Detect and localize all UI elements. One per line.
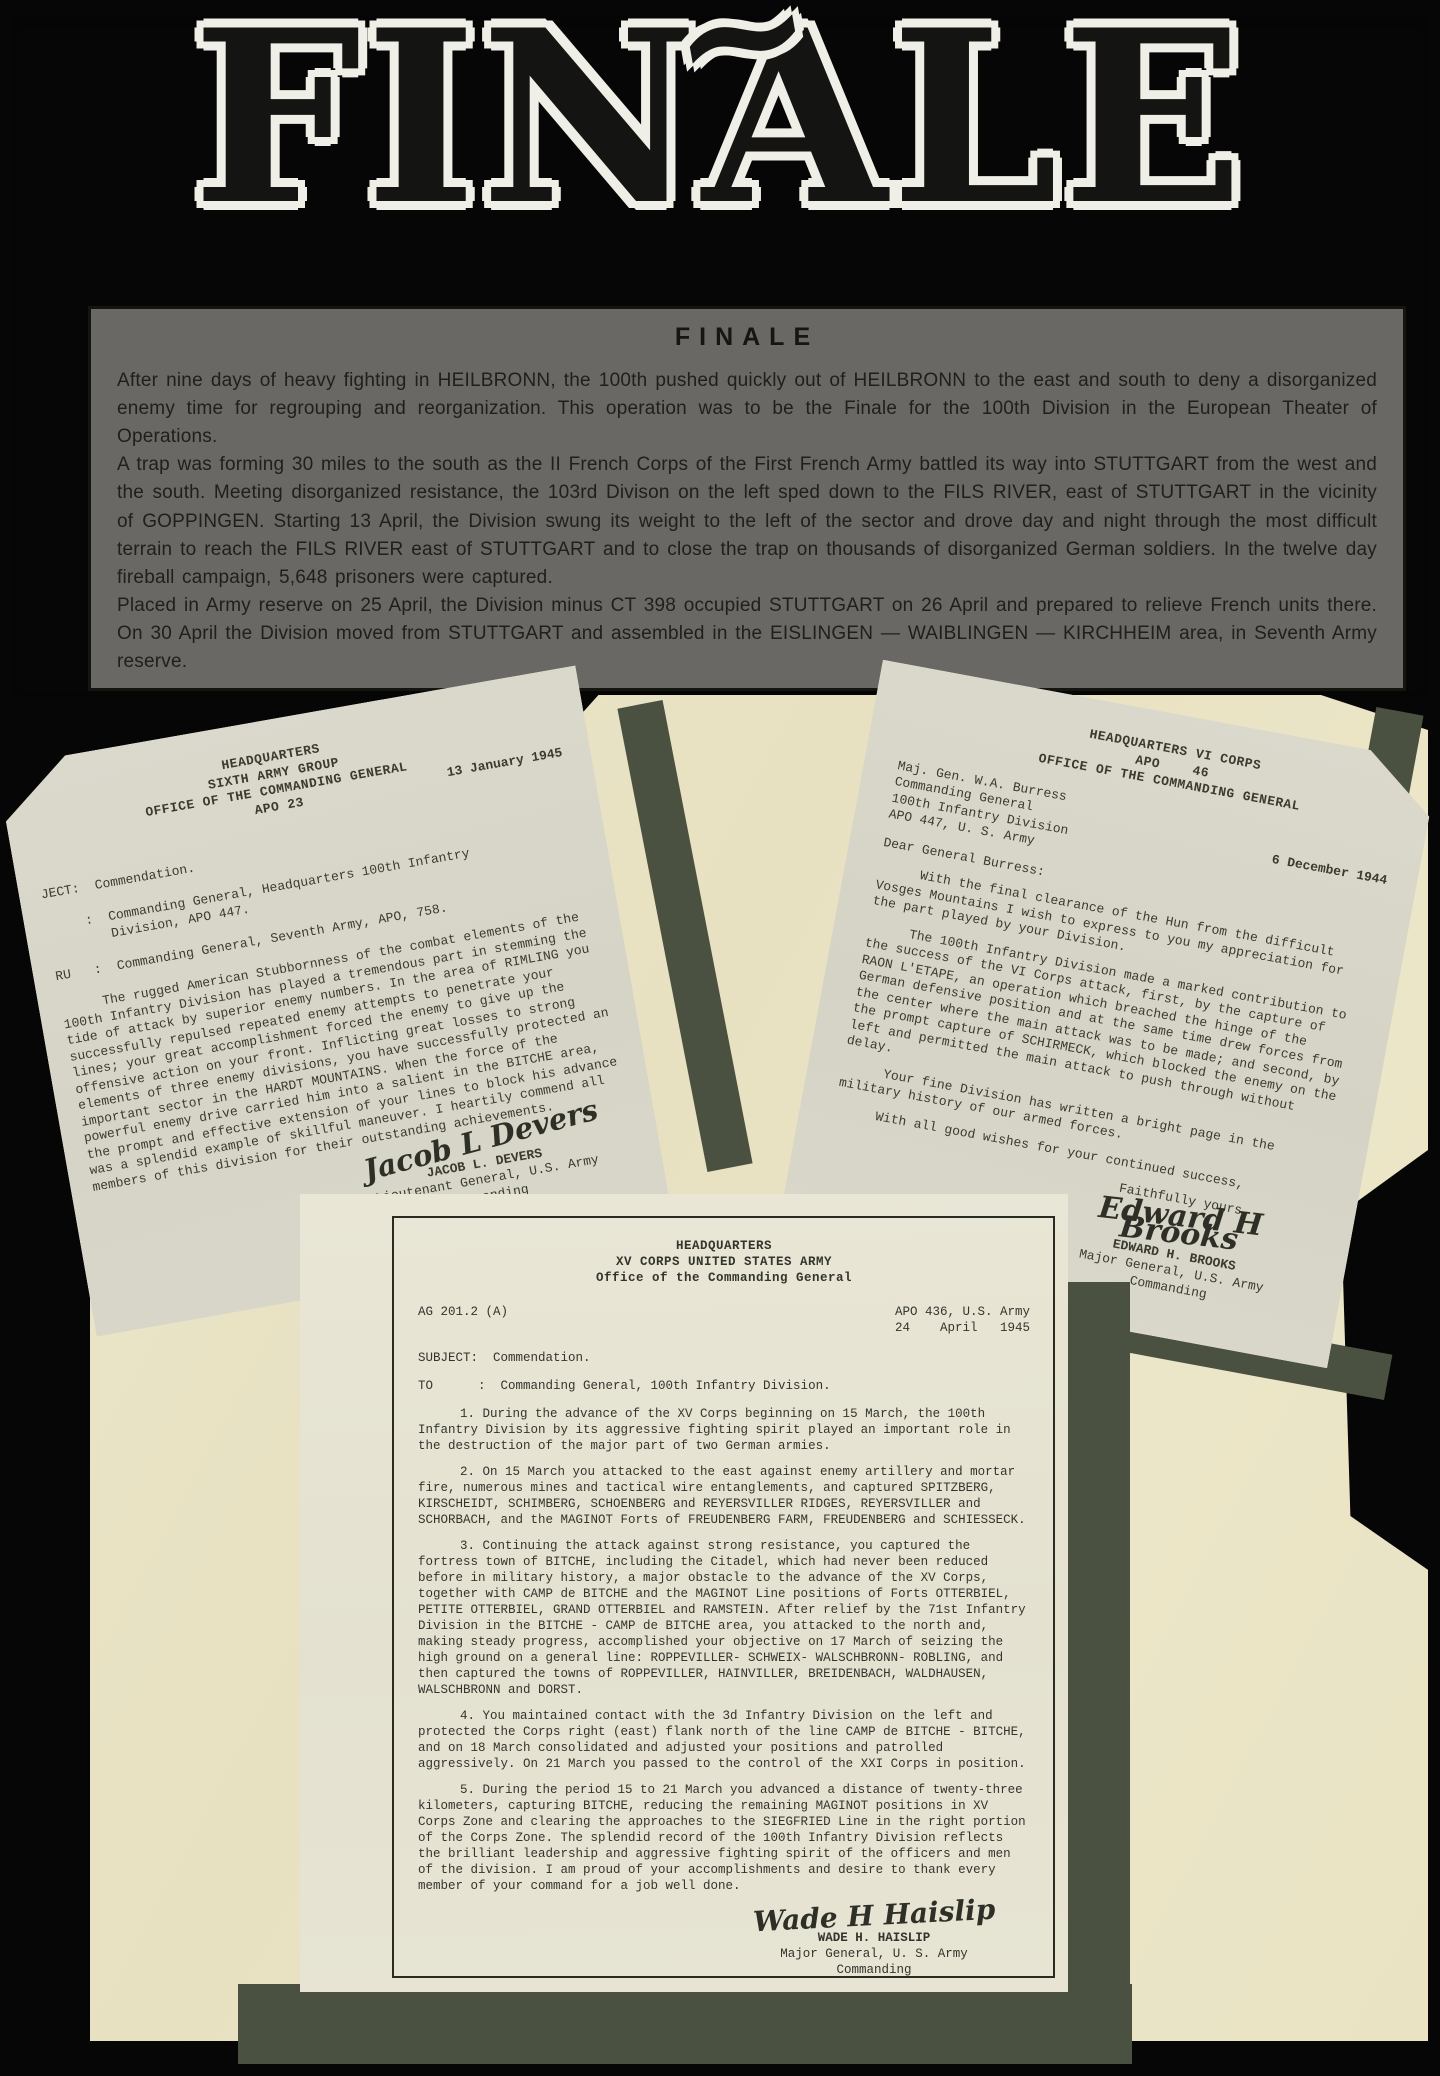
article-paragraph: A trap was forming 30 miles to the south… [117,451,1377,592]
page-content: HEADQUARTERS XV CORPS UNITED STATES ARMY… [418,1238,1030,1970]
signature-block: Wade H Haislip WADE H. HAISLIP Major Gen… [418,1908,1030,1978]
letter-xv-corps: HEADQUARTERS XV CORPS UNITED STATES ARMY… [300,1194,1068,1992]
masthead: FINALE ~ [14,0,1426,238]
scrapbook-page: FINALE ~ FINALE After nine days of heavy… [0,0,1440,2076]
letter-paragraph: 4. You maintained contact with the 3d In… [418,1708,1030,1772]
letter-paragraph: 5. During the period 15 to 21 March you … [418,1782,1030,1894]
letterhead-line: XV CORPS UNITED STATES ARMY [418,1254,1030,1270]
signature-title: Major General, U. S. Army [718,1946,1030,1962]
apo-date-block: APO 436, U.S. Army 24 April 1945 [895,1304,1030,1336]
centre-page-bottom-shadow [238,1984,1132,2064]
letter-date: 6 December 1944 [1266,851,1389,914]
letterhead-line: HEADQUARTERS [418,1238,1030,1254]
tilde-ornament: ~ [657,0,831,129]
letterhead: HEADQUARTERS XV CORPS UNITED STATES ARMY… [418,1238,1030,1286]
article-paragraph: After nine days of heavy fighting in HEI… [117,367,1377,451]
letter-paragraph: 3. Continuing the attack against strong … [418,1538,1030,1698]
centre-page-right-shadow [1062,1282,1130,2062]
reference-row: AG 201.2 (A) APO 436, U.S. Army 24 April… [418,1304,1030,1336]
newsletter-article-box: FINALE After nine days of heavy fighting… [88,306,1406,691]
signature-script-haislip: Wade H Haislip [753,1902,996,1931]
signature-role: Commanding [718,1962,1030,1978]
letter-paragraph: 2. On 15 March you attacked to the east … [418,1464,1030,1528]
letter-body: 1. During the advance of the XV Corps be… [418,1406,1030,1894]
article-heading: FINALE [117,323,1377,352]
file-reference: AG 201.2 (A) [418,1304,508,1336]
to-line: TO : Commanding General, 100th Infantry … [418,1378,1030,1394]
subject-line: SUBJECT: Commendation. [418,1350,1030,1366]
article-paragraph: Placed in Army reserve on 25 April, the … [117,592,1377,676]
letter-date: 13 January 1945 [446,745,564,782]
letter-paragraph: 1. During the advance of the XV Corps be… [418,1406,1030,1454]
letterhead-line: Office of the Commanding General [418,1270,1030,1286]
newsletter-clipping: FINALE ~ FINALE After nine days of heavy… [14,14,1426,696]
